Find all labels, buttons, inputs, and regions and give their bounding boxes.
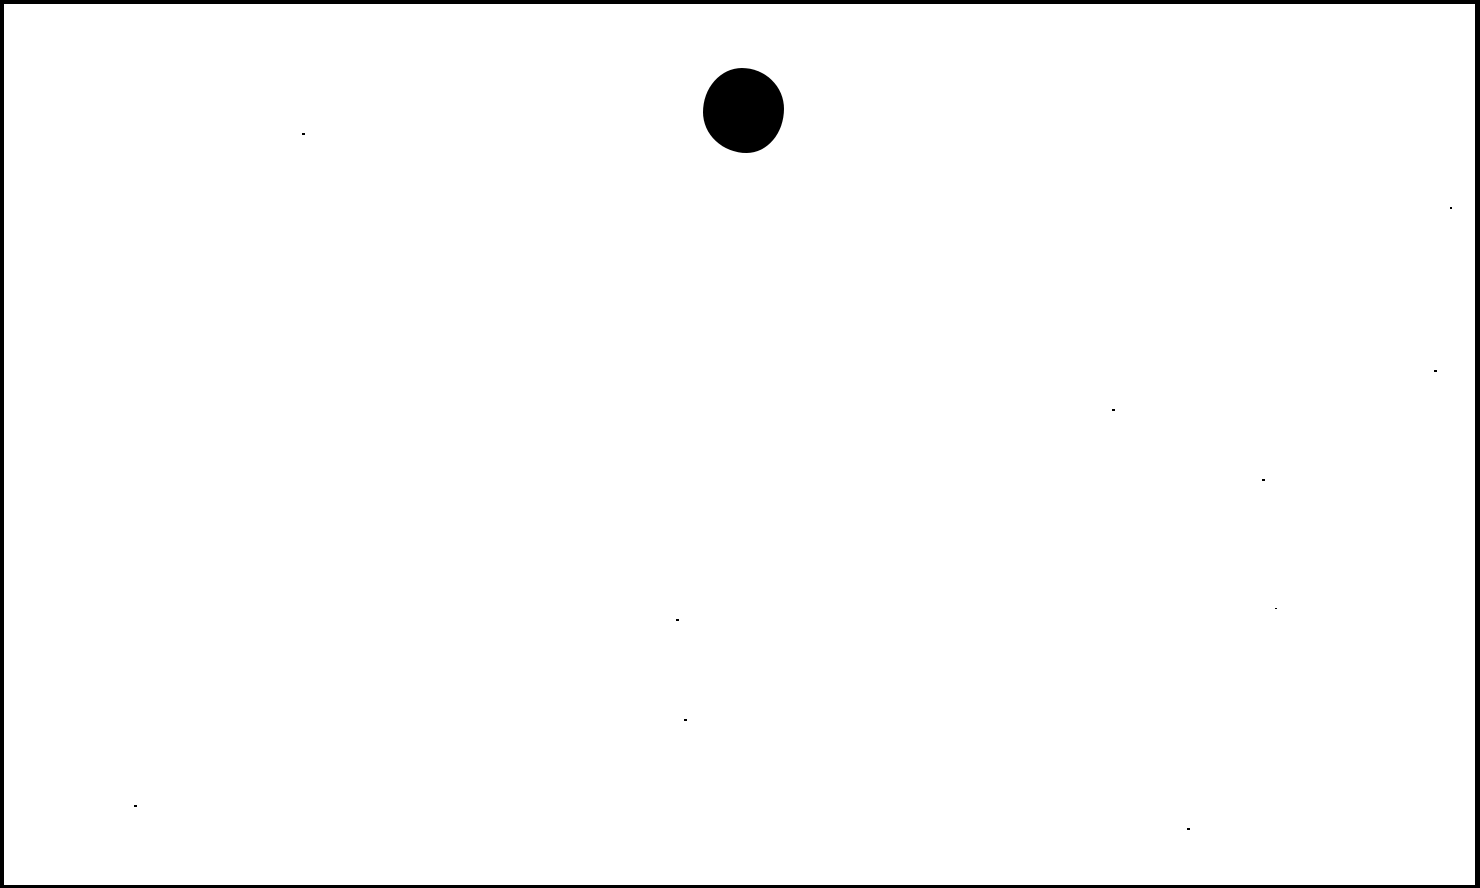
dust-speck (1262, 479, 1265, 481)
dust-speck (1112, 409, 1115, 411)
dust-speck (1275, 608, 1277, 609)
dust-speck (1450, 207, 1452, 209)
dust-speck (134, 805, 137, 807)
dust-speck (676, 619, 679, 621)
dust-speck (302, 133, 305, 135)
dust-speck (684, 719, 687, 721)
dust-speck (1434, 370, 1437, 372)
dust-speck (1187, 828, 1190, 830)
ink-blot (703, 68, 784, 153)
